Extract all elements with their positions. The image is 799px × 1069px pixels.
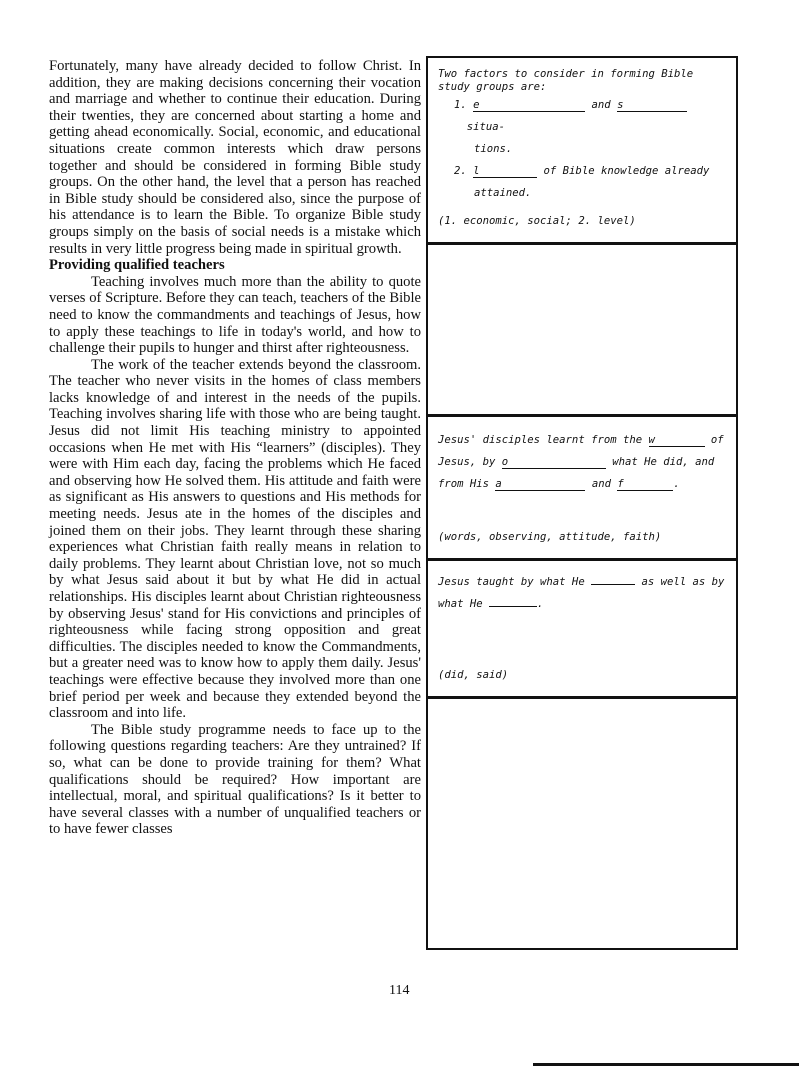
frame-item-2: 2. l of Bible knowledge already attained… <box>438 160 730 204</box>
frame-answer: (words, observing, attitude, faith) <box>438 526 661 548</box>
main-text-column: Fortunately, many have already decided t… <box>49 58 421 838</box>
fill-blank[interactable]: l <box>473 165 537 178</box>
fill-blank[interactable]: s <box>617 99 687 112</box>
frame-item-1: 1. e and s situa- tions. <box>438 94 730 160</box>
frame-question: Two factors to consider in forming Bible… <box>438 68 730 94</box>
frame-disciples: Jesus' disciples learnt from the w of Je… <box>428 414 736 558</box>
frame-factors: Two factors to consider in forming Bible… <box>428 58 736 242</box>
fill-blank[interactable]: a <box>495 478 585 491</box>
frame-question: Jesus' disciples learnt from the w of Je… <box>438 429 730 495</box>
paragraph-teaching: Teaching involves much more than the abi… <box>49 274 421 357</box>
paragraph-study-groups: Fortunately, many have already decided t… <box>49 58 421 257</box>
fill-blank[interactable]: o <box>502 456 606 469</box>
frame-jesus-taught: Jesus taught by what He as well as by wh… <box>428 558 736 696</box>
frame-question: Jesus taught by what He as well as by wh… <box>438 571 730 615</box>
item-number: 1. <box>454 99 467 111</box>
study-frames-panel: Two factors to consider in forming Bible… <box>426 56 738 950</box>
paragraph-programme-questions: The Bible study programme needs to face … <box>49 722 421 838</box>
footer-rule <box>533 1063 799 1066</box>
frame-blank-2 <box>428 696 736 948</box>
fill-blank[interactable] <box>591 584 635 585</box>
paragraph-teacher-work: The work of the teacher extends beyond t… <box>49 357 421 722</box>
section-heading: Providing qualified teachers <box>49 257 421 274</box>
frame-blank-1 <box>428 242 736 414</box>
frame-answer: (1. economic, social; 2. level) <box>438 210 636 232</box>
fill-blank[interactable]: f <box>617 478 673 491</box>
fill-blank[interactable]: e <box>473 99 585 112</box>
frame-answer: (did, said) <box>438 664 508 686</box>
page-number: 114 <box>389 983 409 999</box>
fill-blank[interactable]: w <box>649 434 705 447</box>
item-number: 2. <box>454 165 467 177</box>
fill-blank[interactable] <box>489 606 537 607</box>
